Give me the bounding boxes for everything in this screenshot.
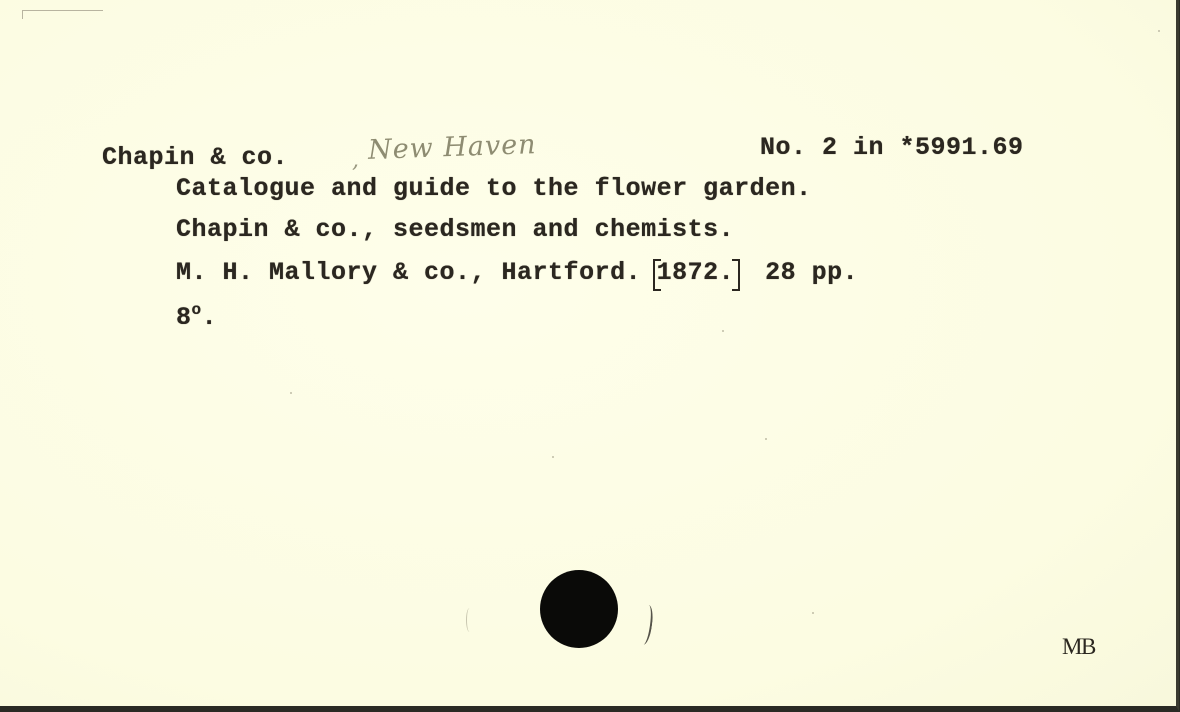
- imprint-date: 1872.: [657, 258, 735, 287]
- paper-speck: [765, 438, 767, 440]
- title-line: Catalogue and guide to the flower garden…: [176, 174, 812, 203]
- paper-speck: [290, 392, 292, 394]
- catalog-card: Chapin & co. , New Haven No. 2 in *5991.…: [0, 0, 1179, 711]
- cataloger-initials: MB: [1062, 634, 1095, 660]
- paper-speck: [812, 612, 814, 614]
- corner-guide-mark: [22, 10, 103, 19]
- format-superscript: o: [192, 301, 202, 319]
- punch-hole: [540, 570, 618, 648]
- call-number: No. 2 in *5991.69: [760, 133, 1024, 162]
- imprint-pages: 28 pp.: [765, 258, 858, 287]
- handwritten-place-annotation: New Haven: [368, 129, 538, 166]
- author-heading: Chapin & co.: [102, 143, 288, 172]
- format-line: 8o.: [176, 301, 217, 332]
- statement-of-responsibility: Chapin & co., seedsmen and chemists.: [176, 215, 734, 244]
- imprint-publisher: M. H. Mallory & co., Hartford.: [176, 258, 641, 287]
- pencil-mark-right: [639, 604, 654, 645]
- pencil-mark-left: [466, 608, 473, 632]
- format-suffix: .: [202, 303, 218, 332]
- paper-speck: [722, 330, 724, 332]
- paper-speck: [1158, 30, 1160, 32]
- paper-speck: [552, 456, 554, 458]
- handwritten-comma: ,: [352, 148, 359, 173]
- format-size: 8: [176, 303, 192, 332]
- imprint-line: M. H. Mallory & co., Hartford. 1872. 28 …: [176, 258, 858, 287]
